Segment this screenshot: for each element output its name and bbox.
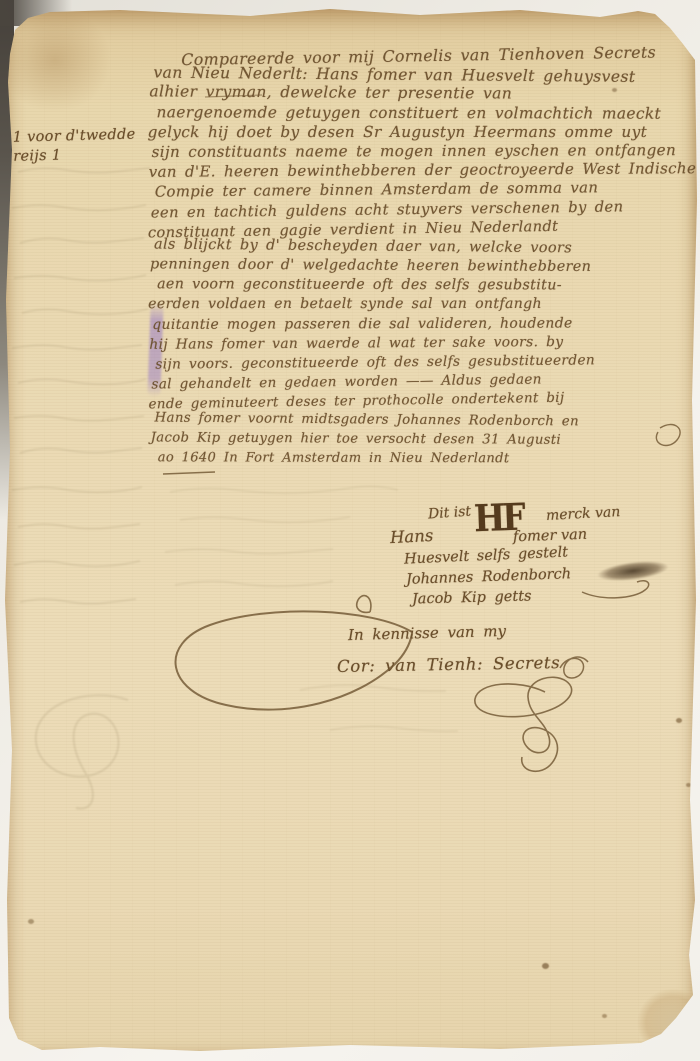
margin-note-line1: 1 voor d'twedde xyxy=(13,125,148,148)
margin-note-line2: reijs 1 xyxy=(13,144,148,167)
ink-spot xyxy=(28,919,34,924)
manuscript-page: 1 voor d'twedde reijs 1 Compareerde voor… xyxy=(0,0,700,1061)
body-line: alhier vryman, dewelcke ter presentie va… xyxy=(149,83,695,105)
attestation-name-right: fomer van xyxy=(513,527,588,546)
body-line: naergenoemde getuygen constituert en vol… xyxy=(156,103,695,124)
body-text: Compareerde voor mij Cornelis van Tienho… xyxy=(147,45,696,469)
body-line: quitantie mogen passeren die sal valider… xyxy=(152,314,696,335)
ink-spot xyxy=(686,783,691,787)
body-line: Jacob Kip getuygen hier toe versocht des… xyxy=(151,428,697,450)
attestation-name-left: Hans xyxy=(390,526,434,547)
body-line: gelyck hij doet by desen Sr Augustyn Hee… xyxy=(148,123,696,142)
ink-spot xyxy=(542,963,549,969)
secretary-signature: Cor: van Tienh: Secrets xyxy=(337,653,561,676)
ink-spot xyxy=(676,718,682,723)
ink-spot xyxy=(602,1014,607,1018)
witness-signature-kip: Jacob Kip getts xyxy=(412,588,532,607)
stain-bottom-right-corner xyxy=(628,980,700,1061)
body-line: ao 1640 In Fort Amsterdam in Nieu Nederl… xyxy=(158,448,697,469)
margin-note: 1 voor d'twedde reijs 1 xyxy=(13,125,149,167)
body-line: eerden voldaen en betaelt synde sal van … xyxy=(148,295,696,314)
body-line: aen voorn geconstitueerde oft des selfs … xyxy=(157,275,696,296)
attestation-prefix: Dit ist xyxy=(427,504,471,523)
photo-background: 1 voor d'twedde reijs 1 Compareerde voor… xyxy=(0,0,700,1061)
